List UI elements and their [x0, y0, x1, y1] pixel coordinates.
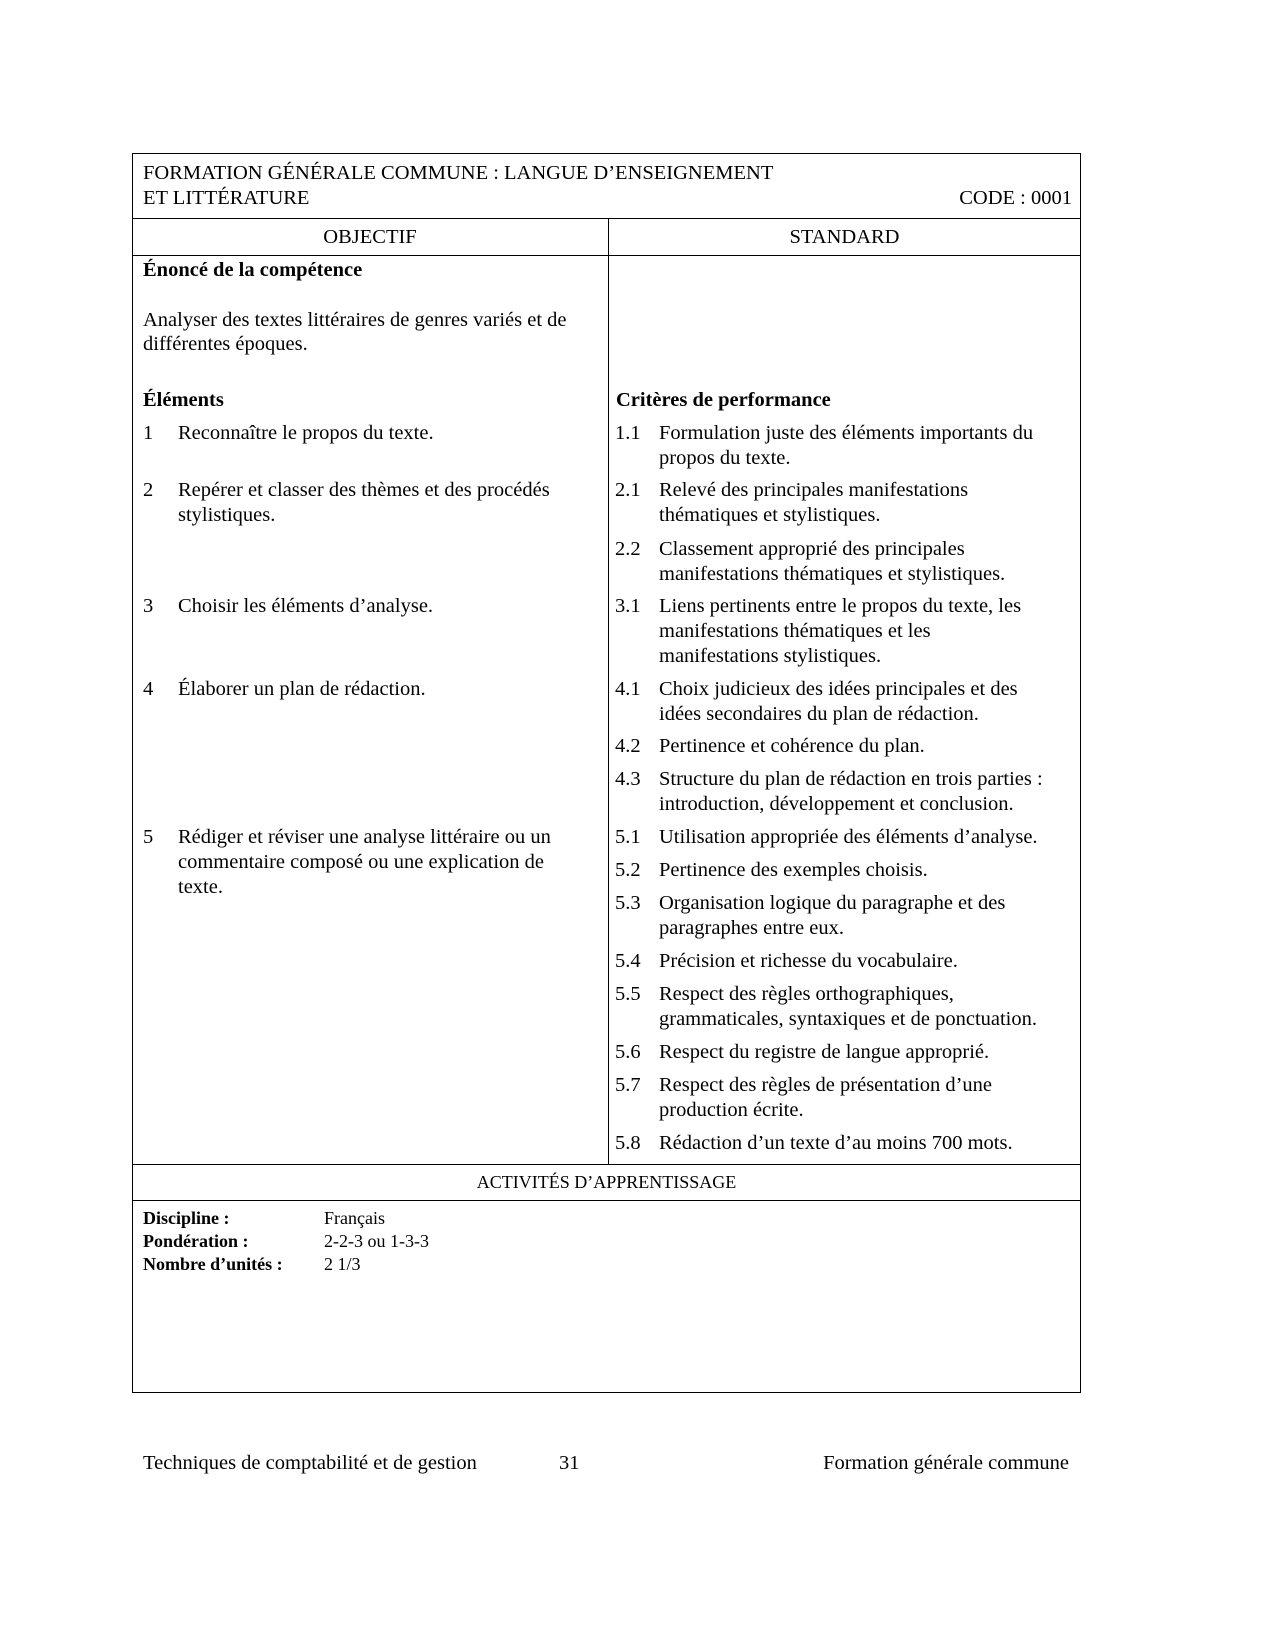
criterion-number: 5.1 [615, 825, 641, 850]
elements-heading: Éléments [143, 388, 224, 413]
course-code: CODE : 0001 [959, 186, 1072, 211]
element-text: Élaborer un plan de rédaction. [178, 677, 426, 702]
divider [132, 1200, 1081, 1201]
column-header-standard: STANDARD [608, 225, 1081, 250]
criterion-text: Respect des règles orthographiques, [659, 982, 954, 1007]
criterion-text: idées secondaires du plan de rédaction. [659, 702, 979, 727]
criterion-number: 4.2 [615, 734, 641, 759]
criterion-number: 5.2 [615, 858, 641, 883]
criterion-text: Choix judicieux des idées principales et… [659, 677, 1018, 702]
course-title-line1: FORMATION GÉNÉRALE COMMUNE : LANGUE D’EN… [143, 161, 773, 186]
criterion-text: Pertinence et cohérence du plan. [659, 734, 925, 759]
footer-program: Techniques de comptabilité et de gestion [143, 1451, 477, 1476]
criterion-text: grammaticales, syntaxiques et de ponctua… [659, 1007, 1037, 1032]
criterion-number: 3.1 [615, 594, 641, 619]
activities-heading: ACTIVITÉS D’APPRENTISSAGE [132, 1171, 1081, 1193]
criterion-text: Formulation juste des éléments important… [659, 421, 1033, 446]
divider [132, 1164, 1081, 1165]
criterion-number: 5.7 [615, 1073, 641, 1098]
element-text: Choisir les éléments d’analyse. [178, 594, 433, 619]
criterion-number: 2.2 [615, 537, 641, 562]
criterion-text: production écrite. [659, 1098, 804, 1123]
element-text: commentaire composé ou une explication d… [178, 850, 544, 875]
criterion-text: introduction, développement et conclusio… [659, 792, 1014, 817]
activity-value: 2-2-3 ou 1-3-3 [324, 1230, 429, 1252]
activity-value: Français [324, 1207, 385, 1229]
element-number: 1 [143, 421, 153, 446]
criterion-text: manifestations thématiques et les [659, 619, 931, 644]
footer-page-number: 31 [559, 1451, 580, 1476]
activity-value: 2 1/3 [324, 1253, 361, 1275]
criterion-text: paragraphes entre eux. [659, 916, 844, 941]
criteria-heading: Critères de performance [616, 388, 831, 413]
element-text: Rédiger et réviser une analyse littérair… [178, 825, 551, 850]
criterion-text: Liens pertinents entre le propos du text… [659, 594, 1021, 619]
criterion-number: 2.1 [615, 478, 641, 503]
competence-statement-line2: différentes époques. [143, 332, 308, 357]
criterion-text: Précision et richesse du vocabulaire. [659, 949, 958, 974]
criterion-text: thématiques et stylistiques. [659, 503, 881, 528]
activity-label: Discipline : [143, 1207, 230, 1229]
element-text: Repérer et classer des thèmes et des pro… [178, 478, 550, 503]
criterion-text: Organisation logique du paragraphe et de… [659, 891, 1005, 916]
criterion-text: Respect du registre de langue approprié. [659, 1040, 989, 1065]
competence-statement-line1: Analyser des textes littéraires de genre… [143, 308, 567, 333]
criterion-number: 4.3 [615, 767, 641, 792]
element-number: 3 [143, 594, 153, 619]
criterion-text: manifestations stylistiques. [659, 644, 881, 669]
element-text: texte. [178, 875, 223, 900]
divider [132, 218, 1081, 219]
criterion-number: 4.1 [615, 677, 641, 702]
criterion-number: 5.8 [615, 1131, 641, 1156]
criterion-text: propos du texte. [659, 446, 791, 471]
criterion-text: Structure du plan de rédaction en trois … [659, 767, 1043, 792]
element-text: Reconnaître le propos du texte. [178, 421, 434, 446]
criterion-number: 5.6 [615, 1040, 641, 1065]
criterion-text: Relevé des principales manifestations [659, 478, 968, 503]
competence-heading: Énoncé de la compétence [143, 258, 362, 283]
activity-label: Pondération : [143, 1230, 249, 1252]
element-number: 4 [143, 677, 153, 702]
activity-label: Nombre d’unités : [143, 1253, 283, 1275]
criterion-text: Utilisation appropriée des éléments d’an… [659, 825, 1038, 850]
element-number: 2 [143, 478, 153, 503]
column-divider [608, 218, 609, 1164]
criterion-number: 1.1 [615, 421, 641, 446]
criterion-text: manifestations thématiques et stylistiqu… [659, 562, 1005, 587]
criterion-text: Respect des règles de présentation d’une [659, 1073, 992, 1098]
criterion-text: Classement approprié des principales [659, 537, 965, 562]
criterion-number: 5.4 [615, 949, 641, 974]
criterion-text: Rédaction d’un texte d’au moins 700 mots… [659, 1131, 1013, 1156]
criterion-number: 5.5 [615, 982, 641, 1007]
element-text: stylistiques. [178, 503, 275, 528]
footer-section: Formation générale commune [823, 1451, 1069, 1476]
course-title-line2: ET LITTÉRATURE [143, 186, 309, 211]
divider [132, 255, 1081, 256]
criterion-text: Pertinence des exemples choisis. [659, 858, 928, 883]
element-number: 5 [143, 825, 153, 850]
criterion-number: 5.3 [615, 891, 641, 916]
column-header-objectif: OBJECTIF [132, 225, 608, 250]
